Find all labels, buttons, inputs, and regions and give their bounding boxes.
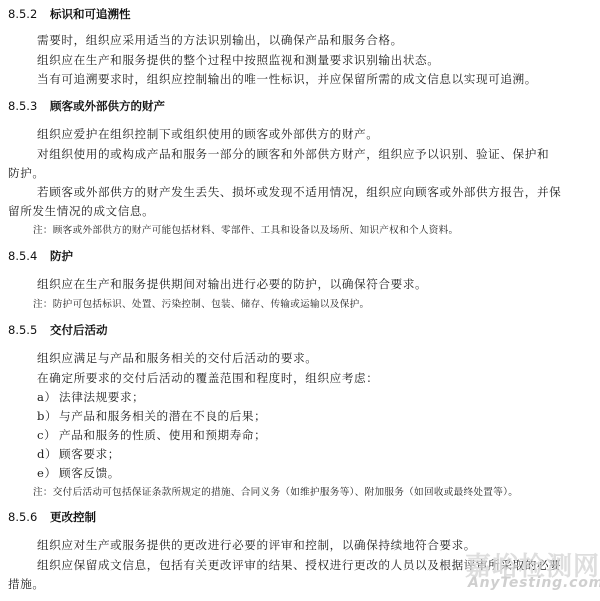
- list-item-label: a）: [37, 389, 59, 405]
- paragraph: 措施。: [8, 576, 45, 592]
- section-number: 8.5.3: [8, 99, 50, 113]
- list-item-b: b）与产品和服务相关的潜在不良的后果；: [37, 408, 266, 424]
- document-page: 8.5.2标识和可追溯性 需要时，组织应采用适当的方法识别输出，以确保产品和服务…: [0, 0, 600, 601]
- list-item-label: d）: [37, 446, 59, 462]
- list-item-text: 与产品和服务相关的潜在不良的后果；: [59, 409, 266, 423]
- paragraph: 防护。: [8, 165, 45, 181]
- paragraph: 组织应爱护在组织控制下或组织使用的顾客或外部供方的财产。: [37, 126, 378, 142]
- list-item-d: d）顾客要求；: [37, 446, 120, 462]
- paragraph: 组织应满足与产品和服务相关的交付后活动的要求。: [37, 350, 317, 366]
- paragraph: 留所发生情况的成文信息。: [8, 203, 154, 219]
- list-item-e: e）顾客反馈。: [37, 465, 120, 481]
- section-number: 8.5.2: [8, 7, 50, 21]
- list-item-text: 法律法规要求；: [59, 390, 144, 404]
- list-item-text: 产品和服务的性质、使用和预期寿命；: [59, 428, 266, 442]
- list-item-label: e）: [37, 465, 59, 481]
- section-number: 8.5.6: [8, 510, 50, 524]
- note: 注：防护可包括标识、处置、污染控制、包装、储存、传输或运输以及保护。: [33, 296, 369, 310]
- section-heading-8-5-6: 8.5.6更改控制: [8, 509, 96, 525]
- section-heading-8-5-3: 8.5.3顾客或外部供方的财产: [8, 98, 165, 114]
- section-number: 8.5.5: [8, 323, 50, 337]
- list-item-a: a）法律法规要求；: [37, 389, 144, 405]
- note: 注：交付后活动可包括保证条款所规定的措施、合同义务（如维护服务等）、附加服务（如…: [33, 484, 518, 498]
- paragraph: 对组织使用的或构成产品和服务一部分的顾客和外部供方财产，组织应予以识别、验证、保…: [37, 146, 549, 162]
- section-title: 更改控制: [50, 510, 96, 524]
- section-title: 标识和可追溯性: [50, 7, 131, 21]
- section-title: 顾客或外部供方的财产: [50, 99, 165, 113]
- list-item-label: b）: [37, 408, 59, 424]
- paragraph: 组织应在生产和服务提供期间对输出进行必要的防护，以确保符合要求。: [37, 276, 427, 292]
- paragraph: 组织应对生产或服务提供的更改进行必要的评审和控制，以确保持续地符合要求。: [37, 537, 476, 553]
- section-number: 8.5.4: [8, 249, 50, 263]
- note: 注：顾客或外部供方的财产可能包括材料、零部件、工具和设备以及场所、知识产权和个人…: [33, 222, 458, 236]
- list-item-c: c）产品和服务的性质、使用和预期寿命；: [37, 427, 266, 443]
- paragraph: 当有可追溯要求时，组织应控制输出的唯一性标识，并应保留所需的成文信息以实现可追溯…: [37, 71, 537, 87]
- section-heading-8-5-2: 8.5.2标识和可追溯性: [8, 6, 131, 22]
- list-item-text: 顾客要求；: [59, 447, 120, 461]
- paragraph: 组织应在生产和服务提供的整个过程中按照监视和测量要求识别输出状态。: [37, 52, 439, 68]
- section-heading-8-5-5: 8.5.5交付后活动: [8, 322, 108, 338]
- section-title: 交付后活动: [50, 323, 108, 337]
- list-item-text: 顾客反馈。: [59, 466, 120, 480]
- paragraph: 在确定所要求的交付后活动的覆盖范围和程度时，组织应考虑：: [37, 370, 378, 386]
- list-item-label: c）: [37, 427, 59, 443]
- paragraph: 若顾客或外部供方的财产发生丢失、损坏或发现不适用情况，组织应向顾客或外部供方报告…: [37, 184, 561, 200]
- paragraph: 需要时，组织应采用适当的方法识别输出，以确保产品和服务合格。: [37, 32, 403, 48]
- section-title: 防护: [50, 249, 73, 263]
- watermark-en: AnyTesting.com: [468, 575, 600, 591]
- section-heading-8-5-4: 8.5.4防护: [8, 248, 73, 264]
